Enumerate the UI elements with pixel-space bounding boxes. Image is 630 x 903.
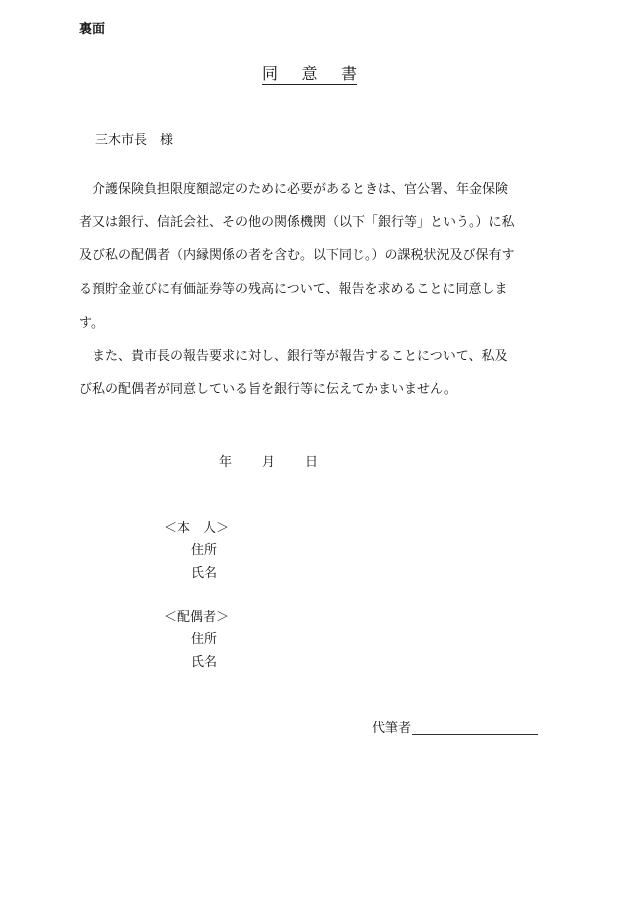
title-char: 書 xyxy=(341,66,357,82)
paragraph-line: 者又は銀行、信託会社、その他の関係機関（以下「銀行等」という。）に私 xyxy=(79,216,541,229)
spouse-name-label: 氏名 xyxy=(191,656,217,669)
addressee: 三木市長様 xyxy=(95,134,173,147)
day-label: 日 xyxy=(305,456,318,469)
addressee-honorific: 様 xyxy=(160,133,173,148)
proxy-signature-line[interactable] xyxy=(412,721,538,735)
applicant-name-label: 氏名 xyxy=(191,567,217,580)
date-field: 年月日 xyxy=(219,456,318,469)
side-label: 裏面 xyxy=(79,23,105,36)
proxy-label: 代筆者 xyxy=(372,722,411,735)
page-title: 同 意 書 xyxy=(262,66,357,85)
month-label: 月 xyxy=(262,456,275,469)
proxy-signature: 代筆者 xyxy=(372,721,538,735)
paragraph-line: る預貯金並びに有価証券等の残高について、報告を求めることに同意しま xyxy=(79,283,541,296)
paragraph-line: 及び私の配偶者（内縁関係の者を含む。以下同じ。）の課税状況及び保有す xyxy=(79,249,541,262)
spouse-address-label: 住所 xyxy=(191,633,217,646)
applicant-address-label: 住所 xyxy=(191,544,217,557)
paragraph-line: す。 xyxy=(79,317,541,330)
spouse-heading: ＜配偶者＞ xyxy=(164,611,229,624)
paragraph-line: び私の配偶者が同意している旨を銀行等に伝えてかまいません。 xyxy=(79,383,541,396)
addressee-name: 三木市長 xyxy=(95,133,147,148)
title-char: 意 xyxy=(301,66,317,82)
applicant-heading: ＜本 人＞ xyxy=(164,522,229,535)
title-char: 同 xyxy=(262,66,278,82)
paragraph-line: また、貴市長の報告要求に対し、銀行等が報告することについて、私及 xyxy=(92,350,541,363)
year-label: 年 xyxy=(219,456,232,469)
paragraph-line: 介護保険負担限度額認定のために必要があるときは、官公署、年金保険 xyxy=(92,183,541,196)
